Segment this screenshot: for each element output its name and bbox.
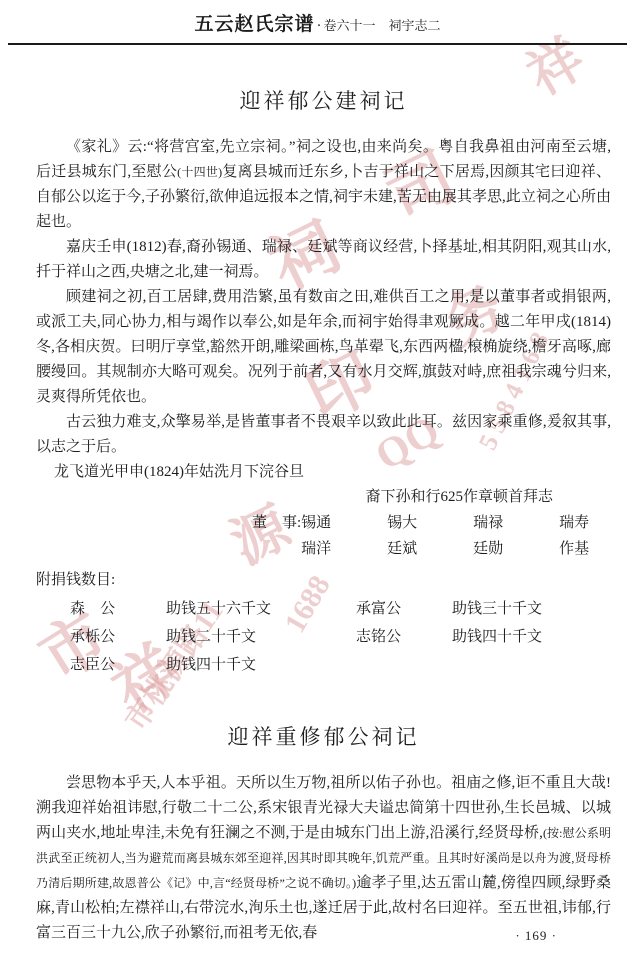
- donation-amount: 助钱四十千文: [166, 651, 356, 679]
- section2-title: 迎祥重修郁公祠记: [36, 725, 611, 750]
- directors-names: 锡通 锡大 瑞禄 瑞寿 瑞洋 廷斌 廷勋 作基: [301, 510, 635, 562]
- date-line: 龙飞道光甲申(1824)年姑洗月下浣谷旦: [36, 460, 611, 485]
- donor-name: 森 公: [70, 595, 166, 623]
- director-name: 廷勋: [473, 536, 559, 562]
- section2-text: 尝思物本乎天,人本乎祖。天所以生万物,祖所以佑子孙也。祖庙之修,讵不重且大哉!溯…: [36, 775, 611, 841]
- book-title: 五云赵氏宗谱: [194, 14, 314, 35]
- donation-amount: 助钱五十六千文: [166, 595, 356, 623]
- page-header: 五云赵氏宗谱·卷六十一 祠宇志二: [0, 0, 635, 36]
- paragraph-3: 顾建祠之初,百工居肆,费用浩繁,虽有数亩之田,难供百工之用,是以董事者或捐银两,…: [36, 285, 611, 410]
- donation-amount: 助钱四十千文: [452, 623, 611, 651]
- paragraph-2: 嘉庆壬申(1812)春,裔孙锡通、瑞禄、廷斌等商议经营,卜择基址,相其阴阳,观其…: [36, 235, 611, 285]
- genealogy-page: 市 祥 市桃源路11 1688 QQ 5584168 司 祠 印 祥 源 务 五…: [0, 0, 635, 957]
- donation-amount: 助钱三十千文: [452, 595, 611, 623]
- donor-name: 志臣公: [70, 651, 166, 679]
- section2-paragraph: 尝思物本乎天,人本乎祖。天所以生万物,祖所以佑子孙也。祖庙之修,讵不重且大哉!溯…: [36, 771, 611, 946]
- donor-name: 承栎公: [70, 623, 166, 651]
- signature-line: 裔下孙和行625作章顿首拜志: [36, 485, 611, 510]
- volume-chapter-title: 卷六十一 祠宇志二: [324, 18, 441, 33]
- header-rule: [8, 43, 627, 45]
- director-name: 作基: [559, 536, 635, 562]
- page-number: · 169 ·: [515, 928, 557, 944]
- donor-name: 承富公: [356, 595, 452, 623]
- director-name: 锡大: [387, 510, 473, 536]
- directors-row-1: 锡通 锡大 瑞禄 瑞寿: [301, 510, 635, 536]
- paragraph-4: 古云独力难支,众擎易举,是皆董事者不畏艰辛以致此此耳。兹因家乘重修,爰叙其事,以…: [36, 410, 611, 460]
- section1-title: 迎祥郁公建祠记: [36, 89, 611, 114]
- director-name: 瑞寿: [559, 510, 635, 536]
- donation-amount: 助钱二十千文: [166, 623, 356, 651]
- director-name: 瑞洋: [301, 536, 387, 562]
- donation-amount: [452, 651, 611, 679]
- donor-name: 志铭公: [356, 623, 452, 651]
- director-name: 廷斌: [387, 536, 473, 562]
- generation-note: (十四世): [177, 165, 222, 179]
- paragraph-1: 《家礼》云:“将营宫室,先立宗祠。”祠之设也,由来尚矣。粤自我鼻祖由河南至云塘,…: [36, 135, 611, 235]
- donor-name: [356, 651, 452, 679]
- directors-label: 董 事:: [252, 510, 301, 562]
- header-separator: ·: [315, 18, 324, 34]
- directors-row-2: 瑞洋 廷斌 廷勋 作基: [301, 536, 635, 562]
- director-name: 锡通: [301, 510, 387, 536]
- director-name: 瑞禄: [473, 510, 559, 536]
- donations-table: 森 公 助钱五十六千文 承富公 助钱三十千文 承栎公 助钱二十千文 志铭公 助钱…: [70, 595, 611, 679]
- donations-heading: 附捐钱数目:: [36, 568, 611, 593]
- directors-block: 董 事: 锡通 锡大 瑞禄 瑞寿 瑞洋 廷斌 廷勋 作基: [252, 510, 611, 562]
- page-content: 迎祥郁公建祠记 《家礼》云:“将营宫室,先立宗祠。”祠之设也,由来尚矣。粤自我鼻…: [36, 89, 611, 946]
